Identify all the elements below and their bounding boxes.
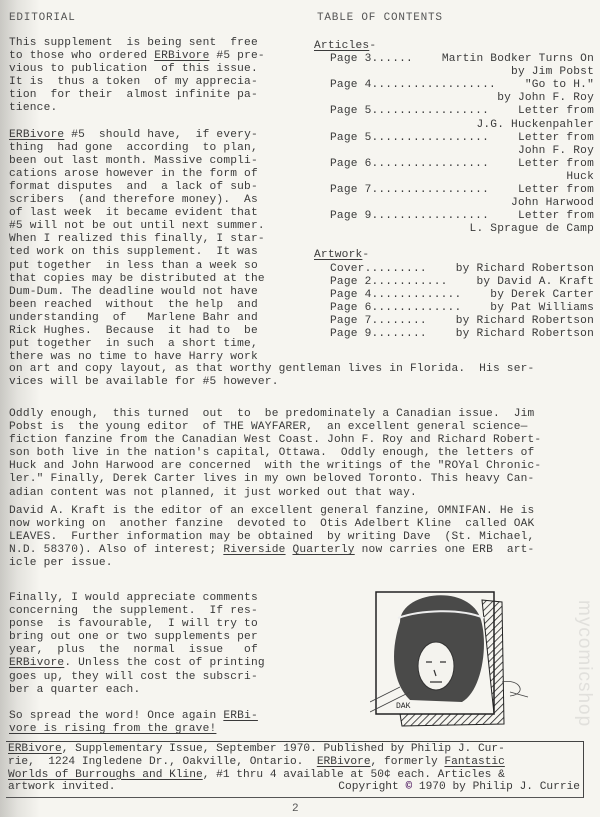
artist-signature: DAK: [396, 702, 411, 711]
editorial-paragraph-3: Oddly enough, this turned out to be pred…: [9, 408, 589, 500]
toc-entry: Page 7........by Richard Robertson: [314, 315, 594, 328]
editorial-left-column: This supplement is being sent free to th…: [9, 37, 299, 364]
toc-entry: Page 5.................Letter from: [314, 132, 594, 145]
toc-entry-author: by John F. Roy: [314, 92, 594, 105]
toc-entry: Page 6.................Letter from: [314, 158, 594, 171]
editorial-paragraph-5: Finally, I would appreciate comments con…: [9, 592, 309, 697]
toc-artwork-label: Artwork-: [314, 249, 594, 262]
toc-entry: Page 9........by Richard Robertson: [314, 328, 594, 341]
toc-articles-label: Articles-: [314, 40, 594, 53]
toc-entry-author: J.G. Huckenpahler: [314, 119, 594, 132]
editorial-paragraph-4: David A. Kraft is the editor of an excel…: [9, 505, 589, 570]
illustration: DAK: [370, 582, 530, 732]
editorial-paragraph-6: So spread the word! Once again ERBi- vor…: [9, 710, 309, 736]
toc-entry-author: John F. Roy: [314, 145, 594, 158]
toc-entry: Page 7.................Letter from: [314, 184, 594, 197]
editorial-paragraph-2: ERBivore #5 should have, if every- thing…: [9, 129, 299, 365]
toc-entry: Page 4.................."Go to H.": [314, 79, 594, 92]
editorial-paragraph-1: This supplement is being sent free to th…: [9, 37, 299, 116]
portrait-illustration-icon: DAK: [370, 582, 530, 732]
toc-entry: Page 4.............by Derek Carter: [314, 289, 594, 302]
editorial-paragraph-2-continued: on art and copy layout, as that worthy g…: [9, 363, 589, 389]
table-of-contents: Articles- Page 3......Martin Bodker Turn…: [314, 40, 594, 341]
toc-artwork-list: Cover.........by Richard RobertsonPage 2…: [314, 263, 594, 342]
toc-entry: Page 6.............by Pat Williams: [314, 302, 594, 315]
toc-entry: Cover.........by Richard Robertson: [314, 263, 594, 276]
toc-entry-author: L. Sprague de Camp: [314, 223, 594, 236]
watermark: mycomicshop: [575, 600, 595, 810]
page-number: 2: [292, 803, 299, 816]
toc-entry: Page 2...........by David A. Kraft: [314, 276, 594, 289]
colophon-box: ERBivore, Supplementary Issue, September…: [6, 741, 584, 798]
toc-articles-list: Page 3......Martin Bodker Turns Onby Jim…: [314, 53, 594, 236]
toc-entry-author: John Harwood: [314, 197, 594, 210]
toc-entry-author: Huck: [314, 171, 594, 184]
toc-entry: Page 9.................Letter from: [314, 210, 594, 223]
toc-entry: Page 5.................Letter from: [314, 105, 594, 118]
toc-entry: Page 3......Martin Bodker Turns On: [314, 53, 594, 66]
toc-entry-author: by Jim Pobst: [314, 66, 594, 79]
editorial-heading: EDITORIAL: [9, 12, 76, 25]
toc-heading: TABLE OF CONTENTS: [317, 12, 443, 25]
